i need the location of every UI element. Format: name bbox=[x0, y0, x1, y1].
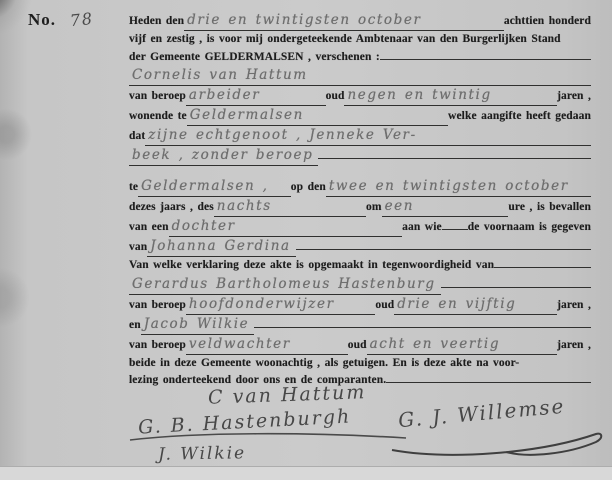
line-tijd: dezes jaars , des nachts om een ure , is… bbox=[129, 197, 591, 217]
handwritten-birthplace: Geldermalsen , bbox=[138, 177, 291, 197]
printed-text: aan wie bbox=[402, 217, 442, 237]
signature-comparant: C van Hattum bbox=[208, 381, 367, 409]
line-verklaring: Van welke verklaring deze akte is opgema… bbox=[129, 257, 591, 275]
printed-text: jaren , bbox=[557, 295, 591, 315]
signature-witness-2: J. Wilkie bbox=[158, 443, 246, 465]
printed-text: oud bbox=[326, 86, 345, 106]
printed-text: welke aangifte heeft gedaan bbox=[448, 106, 591, 126]
printed-text: oud bbox=[375, 295, 394, 315]
handwritten-spouse-continued: beek , zonder beroep bbox=[129, 146, 318, 166]
line-getuige-2: en Jacob Wilkie bbox=[129, 315, 591, 335]
handwritten-witness-2-occupation: veldwachter bbox=[186, 335, 348, 355]
printed-text: jaren , bbox=[557, 335, 591, 355]
line-beroep-1: van beroep arbeider oud negen en twintig… bbox=[129, 86, 591, 106]
line-geslacht: van een dochter aan wie de voornaam is g… bbox=[129, 217, 591, 237]
act-body: Heden den drie en twintigsten october ac… bbox=[129, 11, 591, 390]
printed-text: vijf en zestig , is voor mij ondergeteek… bbox=[129, 31, 561, 49]
handwritten-witness-1-occupation: hoofdonderwijzer bbox=[186, 295, 375, 315]
line-gemeente: der Gemeente GELDERMALSEN , verschenen : bbox=[129, 49, 591, 67]
line-geboorteplaats: te Geldermalsen , op den twee en twintig… bbox=[129, 177, 591, 197]
line-getuige-1: Gerardus Bartholomeus Hastenburg bbox=[129, 275, 591, 295]
handwritten-child-name: Johanna Gerdina bbox=[147, 237, 295, 257]
printed-text: beide in deze Gemeente woonachtig , als … bbox=[129, 355, 519, 373]
handwritten-witness-1-name: Gerardus Bartholomeus Hastenburg bbox=[129, 275, 441, 295]
handwritten-spouse: zijne echtgenoot , Jenneke Ver- bbox=[145, 126, 591, 146]
handwritten-comparant-name: Cornelis van Hattum bbox=[129, 66, 591, 86]
printed-text: Heden den bbox=[129, 11, 184, 31]
handwritten-age: negen en twintig bbox=[344, 86, 557, 106]
line-comparant: Cornelis van Hattum bbox=[129, 66, 591, 86]
act-number-label: No. bbox=[28, 10, 56, 30]
handwritten-date: drie en twintigsten october bbox=[184, 11, 504, 31]
ruled-blank bbox=[441, 287, 591, 288]
line-beroep-2: van beroep hoofdonderwijzer oud drie en … bbox=[129, 295, 591, 315]
handwritten-child-sex: dochter bbox=[169, 217, 403, 237]
signature-registrar: G. J. Willemse bbox=[397, 394, 566, 433]
ruled-blank bbox=[386, 382, 591, 383]
handwritten-hour: een bbox=[382, 197, 509, 217]
line-echtgenoot: dat zijne echtgenoot , Jenneke Ver- bbox=[129, 126, 591, 146]
line-beroep-3: van beroep veldwachter oud acht en veert… bbox=[129, 335, 591, 355]
printed-text: om bbox=[366, 197, 382, 217]
printed-text: te bbox=[129, 177, 138, 197]
handwritten-witness-2-age: acht en veertig bbox=[367, 335, 557, 355]
act-number-value: 78 bbox=[69, 9, 94, 30]
ruled-blank bbox=[442, 229, 468, 230]
line-year: vijf en zestig , is voor mij ondergeteek… bbox=[129, 31, 591, 49]
handwritten-birthdate: twee en twintigsten october bbox=[326, 177, 591, 197]
handwritten-witness-2-name: Jacob Wilkie bbox=[141, 315, 255, 335]
printed-text: en bbox=[129, 315, 141, 335]
ruled-blank bbox=[318, 158, 591, 159]
handwritten-occupation: arbeider bbox=[186, 86, 326, 106]
printed-text: oud bbox=[348, 335, 367, 355]
ruled-blank bbox=[254, 327, 591, 328]
line-echtgenoot-2: beek , zonder beroep bbox=[129, 146, 591, 166]
handwritten-daypart: nachts bbox=[214, 197, 366, 217]
ruled-blank bbox=[494, 267, 591, 268]
printed-text: wonende te bbox=[129, 106, 187, 126]
line-voornaam: van Johanna Gerdina bbox=[129, 237, 591, 257]
printed-text: van beroep bbox=[129, 295, 186, 315]
printed-text: van beroep bbox=[129, 86, 186, 106]
printed-text: van beroep bbox=[129, 335, 186, 355]
line-slot-1: beide in deze Gemeente woonachtig , als … bbox=[129, 355, 591, 373]
scanned-birth-certificate: No. 78 Heden den drie en twintigsten oct… bbox=[0, 0, 612, 480]
printed-text: dat bbox=[129, 126, 145, 146]
paper-fold-band bbox=[0, 466, 612, 480]
handwritten-residence: Geldermalsen bbox=[187, 106, 448, 126]
signature-witness-1: G. B. Hastenburgh bbox=[138, 405, 352, 438]
printed-text: van bbox=[129, 237, 147, 257]
line-date: Heden den drie en twintigsten october ac… bbox=[129, 11, 591, 31]
printed-text: van een bbox=[129, 217, 169, 237]
printed-text: der Gemeente GELDERMALSEN , verschenen : bbox=[129, 49, 380, 67]
printed-text: ure , is bevallen bbox=[508, 197, 591, 217]
printed-text: jaren , bbox=[557, 86, 591, 106]
handwritten-witness-1-age: drie en vijftig bbox=[394, 295, 557, 315]
printed-text: achttien honderd bbox=[504, 11, 591, 31]
printed-text: dezes jaars , des bbox=[129, 197, 214, 217]
printed-text: Van welke verklaring deze akte is opgema… bbox=[129, 257, 494, 275]
ruled-blank bbox=[380, 59, 591, 60]
ruled-blank bbox=[296, 249, 591, 250]
act-number: No. 78 bbox=[28, 10, 94, 30]
printed-text: de voornaam is gegeven bbox=[468, 217, 591, 237]
line-woonplaats: wonende te Geldermalsen welke aangifte h… bbox=[129, 106, 591, 126]
printed-text: op den bbox=[291, 177, 326, 197]
